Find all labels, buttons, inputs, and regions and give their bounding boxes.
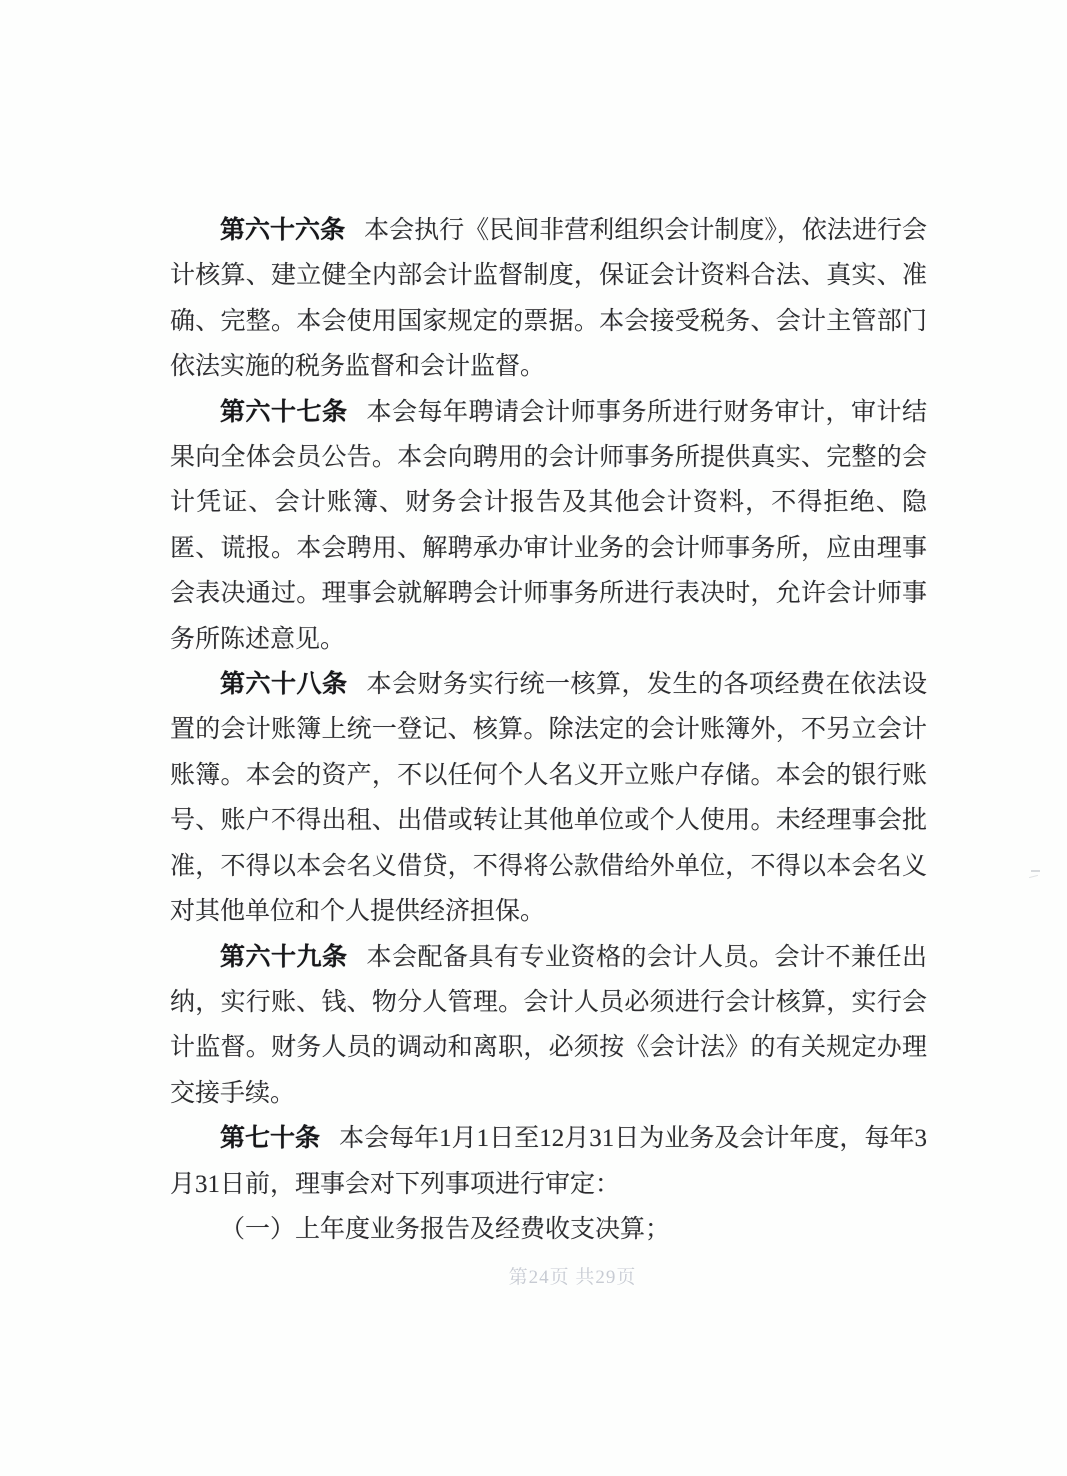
article-paragraph: 第六十六条本会执行《民间非营利组织会计制度》，依法进行会计核算、建立健全内部会计… xyxy=(170,208,927,390)
scan-speck-artifact xyxy=(1029,870,1041,879)
document-page: 第六十六条本会执行《民间非营利组织会计制度》，依法进行会计核算、建立健全内部会计… xyxy=(0,0,1067,1476)
article-paragraph: 第七十条本会每年1月1日至12月31日为业务及会计年度，每年3月31日前，理事会… xyxy=(170,1116,927,1207)
article-text: 本会财务实行统一核算，发生的各项经费在依法设置的会计账簿上统一登记、核算。除法定… xyxy=(170,671,927,925)
scan-speck-dash xyxy=(1029,875,1038,878)
article-number: 第六十七条 xyxy=(220,399,348,426)
article-text: （一）上年度业务报告及经费收支决算； xyxy=(220,1216,670,1243)
article-paragraph: 第六十九条本会配备具有专业资格的会计人员。会计不兼任出纳，实行账、钱、物分人管理… xyxy=(170,935,927,1117)
article-number: 第六十九条 xyxy=(220,944,348,971)
article-number: 第六十六条 xyxy=(220,217,345,244)
article-paragraph: 第六十七条本会每年聘请会计师事务所进行财务审计，审计结果向全体会员公告。本会向聘… xyxy=(170,390,927,662)
page-number-footer: 第24页 共29页 xyxy=(39,1262,1067,1289)
scan-speck-dash xyxy=(1031,870,1040,872)
article-paragraph: 第六十八条本会财务实行统一核算，发生的各项经费在依法设置的会计账簿上统一登记、核… xyxy=(170,662,927,934)
article-text: 本会每年聘请会计师事务所进行财务审计，审计结果向全体会员公告。本会向聘用的会计师… xyxy=(170,399,927,653)
article-number: 第六十八条 xyxy=(220,671,348,698)
document-body: 第六十六条本会执行《民间非营利组织会计制度》，依法进行会计核算、建立健全内部会计… xyxy=(170,208,927,1252)
article-number: 第七十条 xyxy=(220,1125,320,1152)
article-paragraph: （一）上年度业务报告及经费收支决算； xyxy=(170,1207,927,1252)
